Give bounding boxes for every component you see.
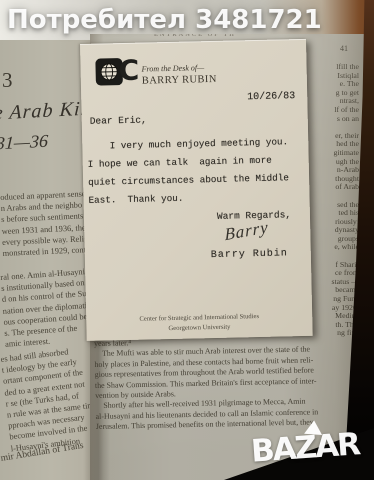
chapter-title: e Arab Kin: [0, 97, 92, 125]
bazar-hat-decoration: [304, 420, 323, 435]
note-date: 10/26/83: [247, 91, 295, 103]
page-number: 41: [340, 44, 348, 53]
right-page-bottom-paragraph: years later.⁴ The Mufti was able to stir…: [94, 333, 362, 432]
chapter-number: 3: [2, 68, 13, 93]
note-body: I very much enjoyed meeting you.I hope w…: [87, 133, 289, 210]
csis-logo-icon: C: [95, 58, 142, 87]
note-salutation: Dear Eric,: [90, 115, 147, 127]
note-card: C From the Desk of— BARRY RUBIN 10/26/83…: [80, 39, 313, 341]
book-photo: 3 e Arab Kin 31—36 oduced an apparent se…: [0, 0, 374, 480]
letterhead-tagline: From the Desk of—: [141, 63, 216, 74]
card-footer: Center for Strategic and International S…: [86, 311, 312, 336]
letterhead: From the Desk of— BARRY RUBIN: [141, 63, 216, 87]
letterhead-name: BARRY RUBIN: [142, 74, 217, 87]
logo-letter-c: C: [118, 54, 139, 87]
bazar-logo: BAZAR: [250, 426, 360, 469]
page-gutter-shadow: [84, 320, 110, 480]
typed-name: Barry Rubin: [211, 248, 288, 261]
chapter-dates: 31—36: [0, 131, 49, 155]
seller-watermark: Потребител 3481721: [7, 5, 322, 35]
